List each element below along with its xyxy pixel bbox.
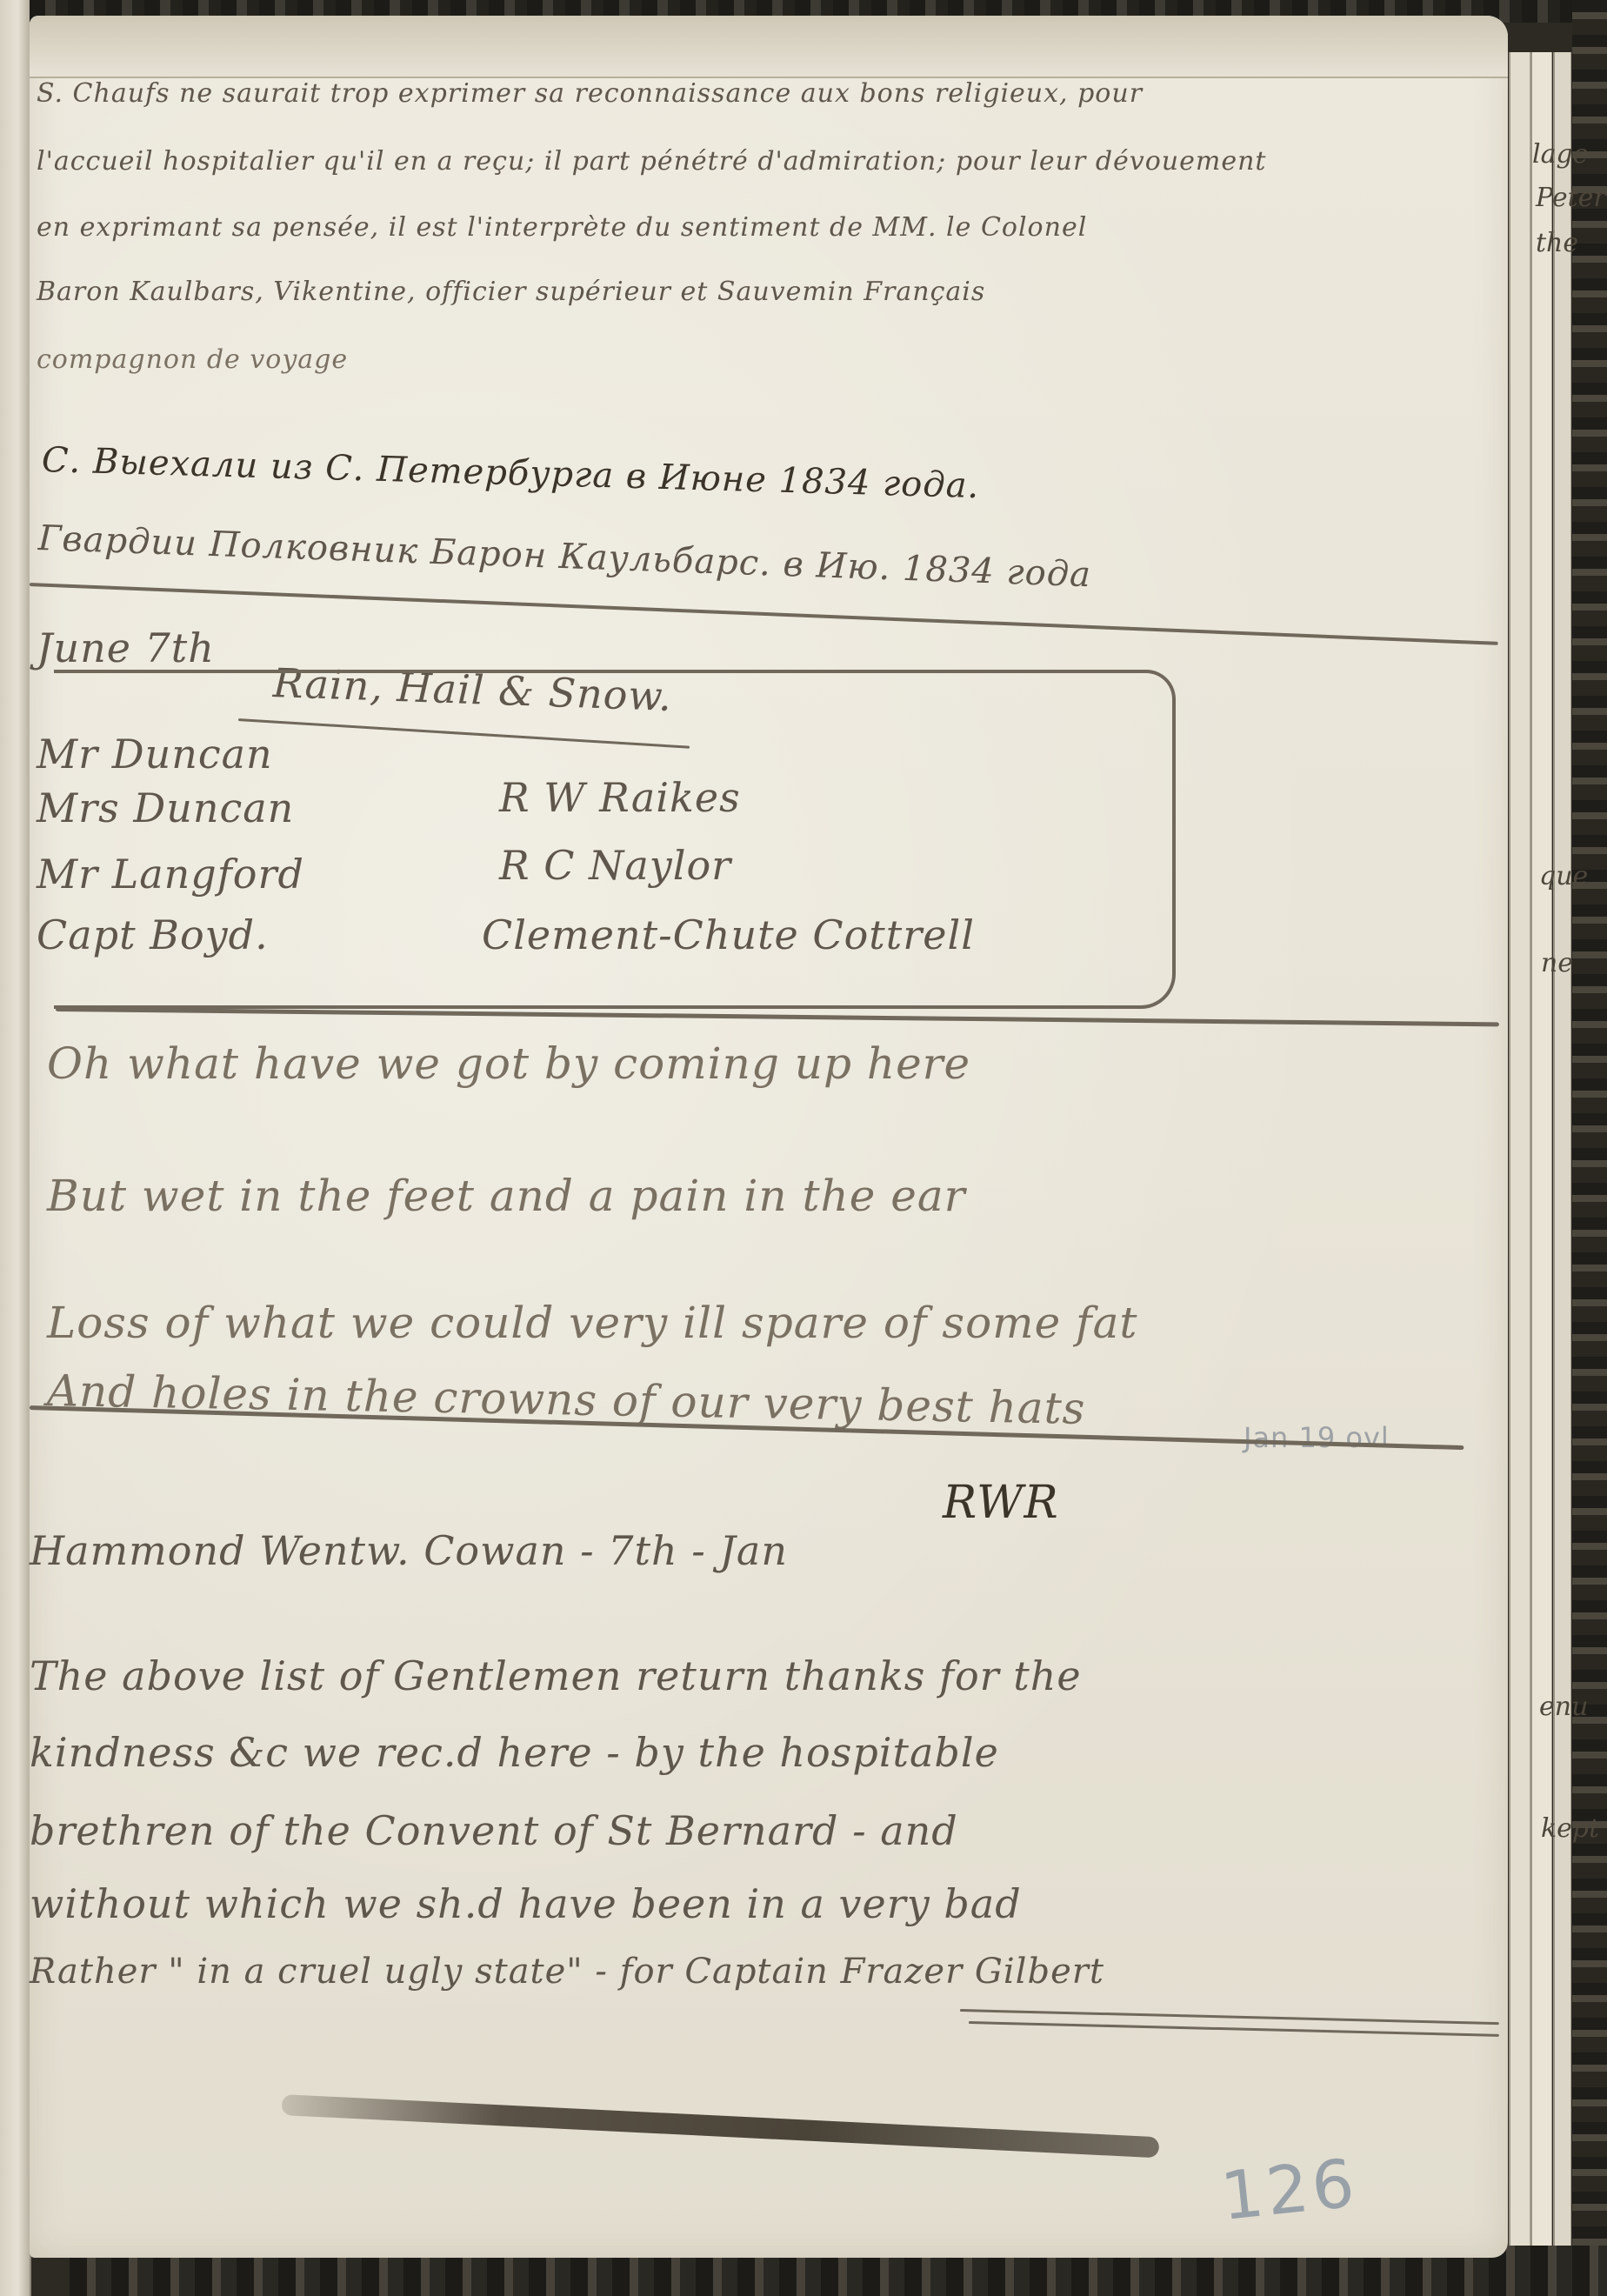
book-cover-right <box>1572 0 1607 2296</box>
ink-smudge <box>281 2094 1159 2158</box>
margin-fragment: ne <box>1541 948 1573 978</box>
page-stack-edge <box>1553 52 1571 2261</box>
french-line: S. Chaufs ne saurait trop exprimer sa re… <box>37 78 1143 109</box>
divider-rule <box>30 583 1498 645</box>
guest-name: Mr Duncan <box>37 731 273 778</box>
page-stack-edge <box>1509 52 1530 2261</box>
entry-date: June 7th <box>37 624 215 671</box>
signature-underline <box>969 2021 1499 2037</box>
page-torn-top-edge <box>30 16 1508 78</box>
guest-name: R C Naylor <box>499 842 731 889</box>
pencil-note: Jan 19 ovl <box>1244 1421 1390 1454</box>
guest-name: Mr Langford <box>37 851 304 898</box>
adjacent-left-page-edge <box>0 0 31 2296</box>
folio-number: 126 <box>1217 2144 1362 2235</box>
thanks-line: kindness &c we rec.d here - by the hospi… <box>30 1729 999 1776</box>
divider-rule <box>56 1007 1499 1026</box>
poem-line: But wet in the feet and a pain in the ea… <box>47 1171 966 1221</box>
margin-fragment: kept <box>1541 1813 1599 1844</box>
russian-line: С. Выехали из С. Петербурга в Июне 1834 … <box>41 440 980 506</box>
margin-fragment: que <box>1539 861 1588 891</box>
russian-line: Гвардии Полковник Барон Каульбарс. в Ию.… <box>37 518 1092 595</box>
page-stack-edge <box>1530 52 1552 2261</box>
thanks-line: The above list of Gentlemen return thank… <box>30 1652 1082 1699</box>
french-line: l'accueil hospitalier qu'il en a reçu; i… <box>37 146 1266 177</box>
guest-name: Clement-Chute Cottrell <box>482 911 975 958</box>
thanks-line: brethren of the Convent of St Bernard - … <box>30 1807 958 1854</box>
french-line: compagnon de voyage <box>37 344 348 375</box>
guest-name: R W Raikes <box>499 774 741 821</box>
guest-name: Capt Boyd. <box>37 911 269 958</box>
poem-line: Loss of what we could very ill spare of … <box>47 1298 1137 1348</box>
guest-name: Mrs Duncan <box>37 784 294 831</box>
thanks-line: Rather " in a cruel ugly state" - for Ca… <box>30 1952 1104 1992</box>
thanks-line: Hammond Wentw. Cowan - 7th - Jan <box>30 1527 788 1574</box>
margin-fragment: lage <box>1532 139 1588 170</box>
thanks-line: without which we sh.d have been in a ver… <box>30 1880 1022 1927</box>
margin-fragment: the <box>1536 228 1578 258</box>
french-line: Baron Kaulbars, Vikentine, officier supé… <box>37 277 985 307</box>
margin-fragment: Peter <box>1536 183 1606 213</box>
margin-fragment: enu <box>1539 1692 1588 1722</box>
manuscript-page: S. Chaufs ne saurait trop exprimer sa re… <box>30 16 1508 2258</box>
initials: RWR <box>943 1477 1059 1529</box>
poem-line: Oh what have we got by coming up here <box>47 1038 970 1089</box>
french-line: en exprimant sa pensée, il est l'interpr… <box>37 212 1087 243</box>
